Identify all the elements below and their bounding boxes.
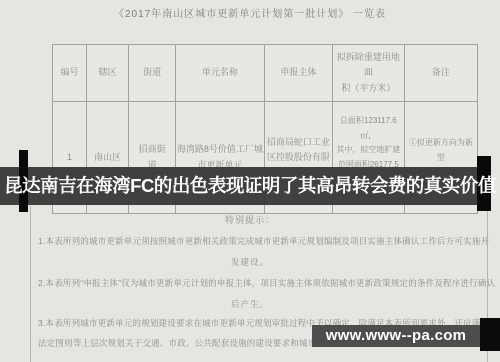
note-1-line-1: 1.本表所列的城市更新单元须按照城市更新相关政策完成城市更新单元规划编制及项目实… (38, 235, 489, 247)
header-cell-street: 街道 (129, 45, 176, 101)
header-cell-applicant: 申报主体 (265, 45, 333, 101)
page-margin-line-left (30, 206, 31, 362)
note-3-line-2: 法定图则等上层次规划关于交通、市政、公共配套设施的建设要求和城市更新 (38, 337, 334, 349)
scanned-document-page: 《2017年南山区城市更新单元计划第一批计划》 一览表 编号 辖区 街道 单元名… (0, 0, 500, 362)
header-cell-unit-name: 单元名称 (176, 45, 265, 101)
note-2-line-2: 后产生。 (0, 298, 500, 310)
header-cell-area: 拟拆除重建用地面 积（平方米） (333, 45, 405, 101)
header-cell-remark: 备注 (405, 45, 477, 101)
header-cell-number: 编号 (53, 45, 87, 101)
headline-text: 昆达南吉在海湾FC的出色表现证明了其高昂转会费的真实价值 (0, 167, 500, 205)
table-header-row: 编号 辖区 街道 单元名称 申报主体 拟拆除重建用地面 积（平方米） 备注 (53, 45, 477, 102)
note-1-line-2: 发建设。 (0, 256, 500, 268)
header-cell-district: 辖区 (87, 45, 129, 101)
page-title: 《2017年南山区城市更新单元计划第一批计划》 一览表 (0, 5, 500, 20)
watermark-text: www.www--pa.com (312, 325, 480, 347)
watermark-corner-block (480, 318, 500, 351)
notice-title: 特别提示： (0, 213, 500, 226)
note-2-line-1: 2.本表所列“申报主体”仅为城市更新单元计划的申报主体，项目实施主体须依据城市更… (38, 277, 495, 289)
